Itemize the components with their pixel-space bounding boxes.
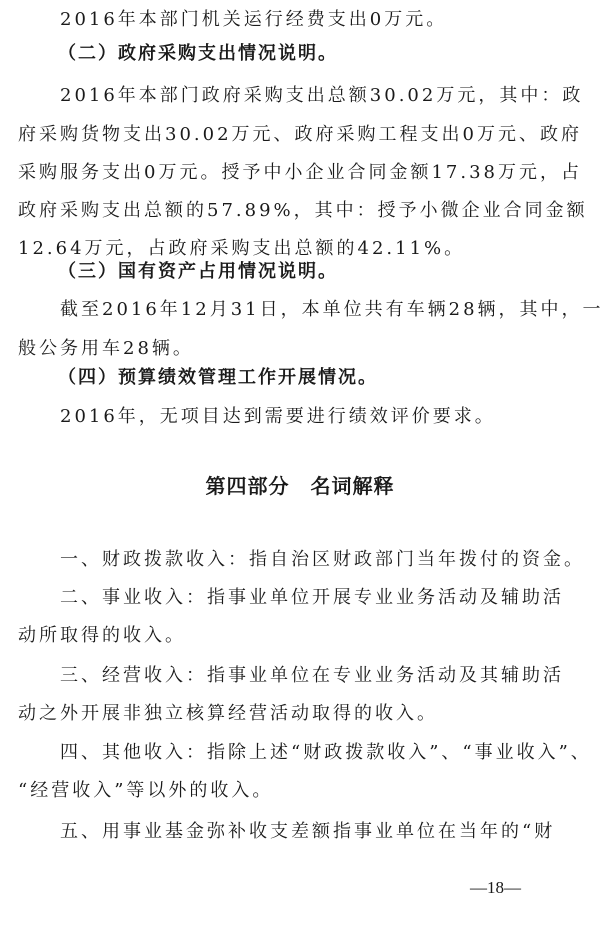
- section-heading-state-assets: （三）国有资产占用情况说明。: [58, 260, 338, 284]
- page-number: —18—: [470, 878, 521, 898]
- section-heading-performance-management: （四）预算绩效管理工作开展情况。: [58, 366, 378, 390]
- paragraph-line: 政府采购支出总额的57.89%，其中：授予小微企业合同金额: [18, 199, 588, 223]
- section-heading-government-procurement: （二）政府采购支出情况说明。: [58, 42, 338, 66]
- part-title: 第四部分 名词解释: [0, 470, 600, 499]
- paragraph-line: 2016年，无项目达到需要进行绩效评价要求。: [60, 405, 496, 429]
- paragraph-line: 采购服务支出0万元。授予中小企业合同金额17.38万元，占: [18, 161, 582, 185]
- definition-line: 一、财政拨款收入：指自治区财政部门当年拨付的资金。: [60, 548, 585, 572]
- definition-line: 动之外开展非独立核算经营活动取得的收入。: [18, 702, 438, 726]
- definition-line: 三、经营收入：指事业单位在专业业务活动及其辅助活: [60, 664, 564, 688]
- paragraph-line: 般公务用车28辆。: [18, 337, 194, 361]
- definition-line: 四、其他收入：指除上述“财政拨款收入”、“事业收入”、: [60, 741, 592, 765]
- paragraph-line: 府采购货物支出30.02万元、政府采购工程支出0万元、政府: [18, 123, 582, 147]
- paragraph-line: 2016年本部门政府采购支出总额30.02万元，其中：政: [60, 84, 583, 108]
- paragraph-line: 2016年本部门机关运行经费支出0万元。: [60, 8, 447, 32]
- paragraph-line: 截至2016年12月31日，本单位共有车辆28辆，其中，一: [60, 298, 600, 322]
- definition-line: 二、事业收入：指事业单位开展专业业务活动及辅助活: [60, 586, 564, 610]
- definition-line: 动所取得的收入。: [18, 624, 186, 648]
- definition-line: “经营收入”等以外的收入。: [18, 779, 273, 803]
- definition-line: 五、用事业基金弥补收支差额指事业单位在当年的“财: [60, 820, 555, 844]
- paragraph-line: 12.64万元，占政府采购支出总额的42.11%。: [18, 237, 465, 261]
